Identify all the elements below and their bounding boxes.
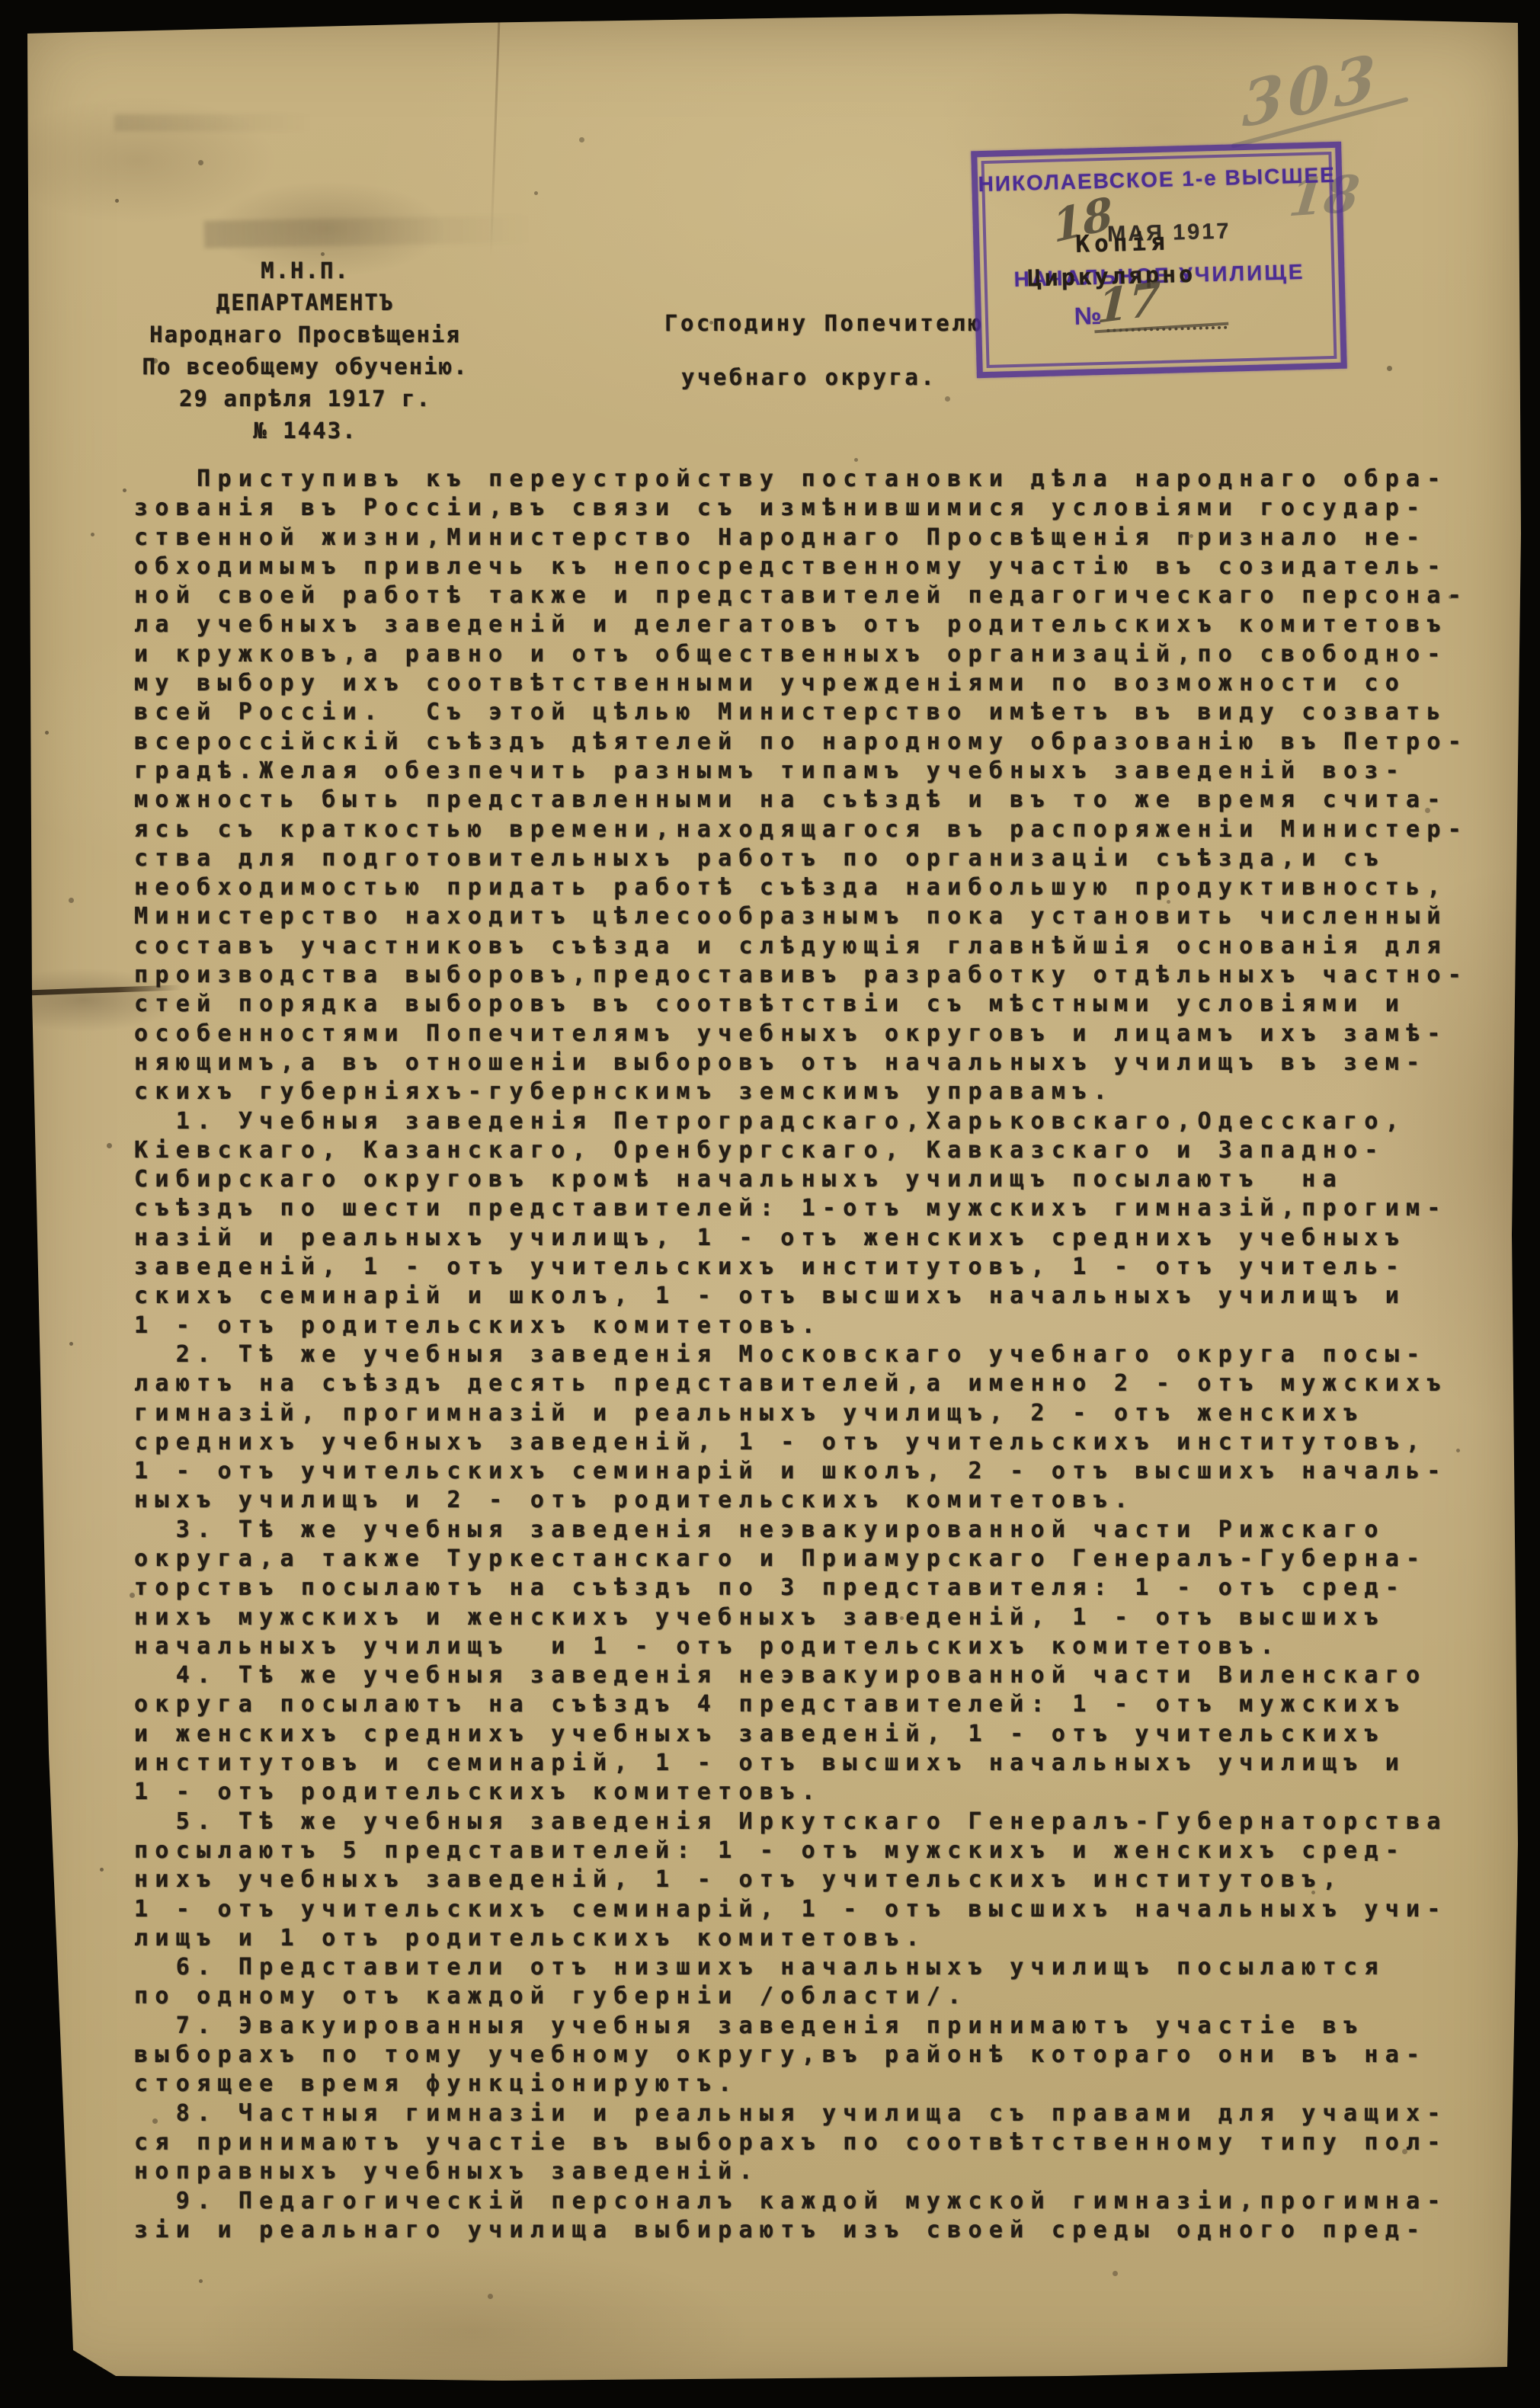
paragraph-item-5: 5. Тѣ же учебныя заведенія Иркутскаго Ге… bbox=[134, 1808, 1487, 1953]
addressee-line2: учебнаго округа. bbox=[664, 360, 984, 394]
letter-date: 29 апрѣля 1917 г. bbox=[98, 383, 513, 415]
department-title: ДЕПАРТАМЕНТЪ bbox=[98, 287, 513, 319]
paragraph-intro: Приступивъ къ переустройству постановки … bbox=[134, 465, 1487, 1107]
scan-background: 303 18 М.Н.П. ДЕПАРТАМЕНТЪ Народнаго Про… bbox=[0, 0, 1540, 2408]
document-body: Приступивъ къ переустройству постановки … bbox=[134, 465, 1487, 2245]
typed-copy-label: Копія bbox=[1075, 229, 1170, 258]
paragraph-item-4: 4. Тѣ же учебныя заведенія неэвакуирован… bbox=[134, 1661, 1487, 1807]
document-page: 303 18 М.Н.П. ДЕПАРТАМЕНТЪ Народнаго Про… bbox=[0, 0, 1540, 2408]
paragraph-item-9: 9. Педагогическій персоналъ каждой мужск… bbox=[134, 2187, 1487, 2246]
letterhead: М.Н.П. ДЕПАРТАМЕНТЪ Народнаго Просвѣщені… bbox=[98, 255, 513, 447]
addressee-line1: Господину Попечителю bbox=[664, 306, 984, 340]
ink-smudge bbox=[204, 215, 533, 248]
department-name: Народнаго Просвѣщенія bbox=[98, 319, 513, 351]
paragraph-item-6: 6. Представители отъ низшихъ начальныхъ … bbox=[134, 1953, 1487, 2012]
paper-speckles bbox=[0, 0, 2, 2]
paragraph-item-3: 3. Тѣ же учебныя заведенія неэвакуирован… bbox=[134, 1516, 1487, 1661]
paragraph-item-1: 1. Учебныя заведенія Петроградскаго,Харь… bbox=[134, 1107, 1487, 1340]
letter-number: № 1443. bbox=[98, 415, 513, 447]
handwritten-number: 17 bbox=[1096, 272, 1161, 335]
ministry-abbreviation: М.Н.П. bbox=[98, 255, 513, 287]
school-stamp: НИКОЛАЕВСКОЕ 1-е ВЫСШЕЕ 18 МАЯ 1917 Копі… bbox=[971, 142, 1347, 379]
paragraph-item-7: 7. Эвакуированныя учебныя заведенія прин… bbox=[134, 2012, 1487, 2099]
paragraph-item-2: 2. Тѣ же учебныя заведенія Московскаго у… bbox=[134, 1340, 1487, 1516]
addressee: Господину Попечителю учебнаго округа. bbox=[664, 306, 984, 394]
division-name: По всеобщему обученію. bbox=[98, 351, 513, 383]
paragraph-item-8: 8. Частныя гимназіи и реальныя училища с… bbox=[134, 2099, 1487, 2187]
ink-smudge bbox=[114, 114, 312, 131]
